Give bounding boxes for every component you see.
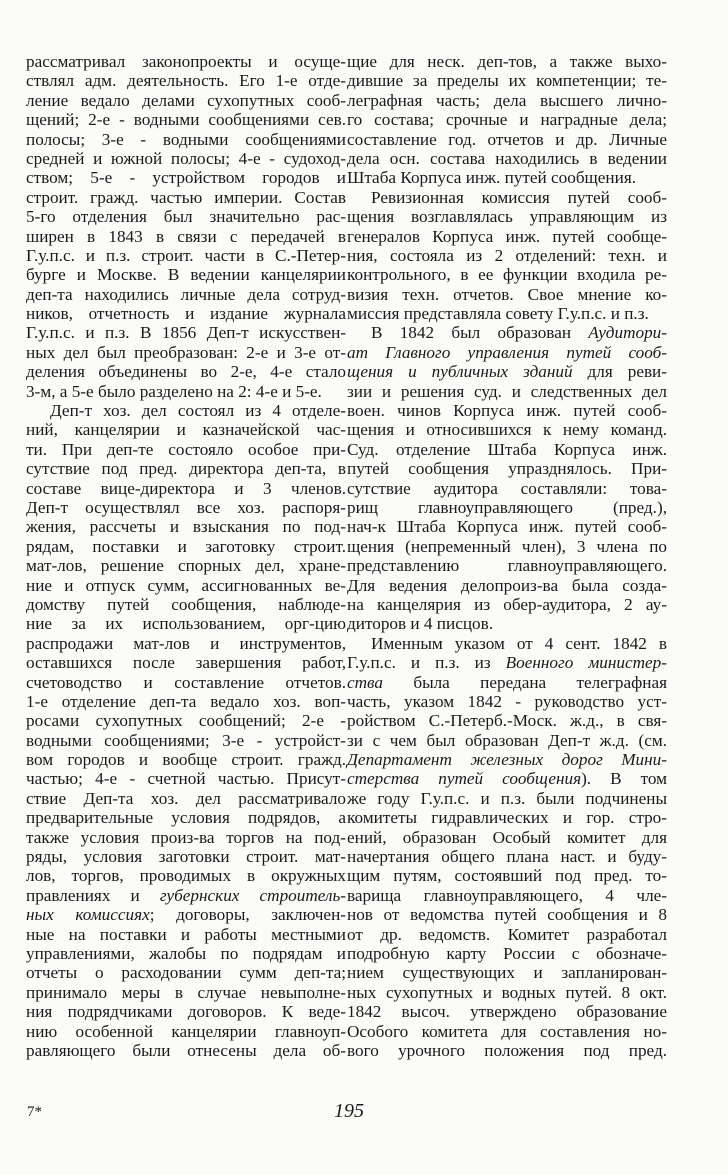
text-line: Департамент железных дорог Мини-	[347, 750, 667, 769]
text-line: щие для неск. деп-тов, а также выхо-	[347, 52, 667, 71]
text-line: ных сухопутных и водных путей. 8 окт.	[347, 983, 667, 1002]
italic-reference: ат Главного управления путей сооб-	[347, 343, 667, 362]
text-line: ных комиссиях; договоры, заключен-	[26, 905, 346, 924]
text-line: росами сухопутных сообщений; 2-е -	[26, 711, 346, 730]
text-line: ния подрядчиками договоров. К веде-	[26, 1002, 346, 1021]
text-line: счетоводство и составление отчетов.	[26, 673, 346, 692]
text-line: ных дел был преобразован: 2-е и 3-е от-	[26, 343, 346, 362]
text-line: средней и южной полосы; 4-е - судоход-	[26, 149, 346, 168]
text-line: домству путей сообщения, наблюде-	[26, 595, 346, 614]
text-line: водными сообщениями; 3-е - устройст-	[26, 731, 346, 750]
text-line: щим путям, состоявший под пред. то-	[347, 866, 667, 885]
text-line: управлениями, жалобы по подрядам и	[26, 944, 346, 963]
text-line: комитеты гидравлических и гор. стро-	[347, 808, 667, 827]
text-line: Г.у.п.с. и п.з. из Военного министер-	[347, 653, 667, 672]
text-line: оставшихся после завершения работ,	[26, 653, 346, 672]
text-line: щения и публичных зданий для реви-	[347, 362, 667, 381]
text-line: составе вице-директора и 3 членов.	[26, 479, 346, 498]
text-line: нием существующих и запланирован-	[347, 963, 667, 982]
signature-mark: 7*	[27, 1104, 42, 1121]
text-line: ствие Деп-та хоз. дел рассматривало	[26, 789, 346, 808]
text-line: полосы; 3-е - водными сообщениями	[26, 130, 346, 149]
text-line: 5-го отделения был значительно рас-	[26, 207, 346, 226]
text-line: на канцелярия из обер-аудитора, 2 ау-	[347, 595, 667, 614]
text-line: часть, указом 1842 - руководство уст-	[347, 692, 667, 711]
text-line: ширен в 1843 в связи с передачей в	[26, 227, 346, 246]
text-line: жения, рассчеты и взыскания по под-	[26, 517, 346, 536]
left-column: рассматривал законопроекты и осуще-ствля…	[26, 52, 346, 1060]
text-line: ников, отчетность и издание журнала	[26, 304, 346, 323]
text-line: щения (непременный член), 3 члена по	[347, 537, 667, 556]
text-line: Особого комитета для составления но-	[347, 1022, 667, 1041]
text-line: отчеты о расходовании сумм деп-та;	[26, 963, 346, 982]
text-line: распродажи мат-лов и инструментов,	[26, 634, 346, 653]
text-line: принимало меры в случае невыполне-	[26, 983, 346, 1002]
text-line: Для ведения делопроиз-ва была созда-	[347, 576, 667, 595]
text-line: ений, образован Особый комитет для	[347, 828, 667, 847]
text-line: деления объединены во 2-е, 4-е стало	[26, 362, 346, 381]
text-line: щения возглавлялась управляющим из	[347, 207, 667, 226]
right-column: щие для неск. деп-тов, а также выхо-дивш…	[347, 52, 667, 1060]
italic-reference: ства	[347, 673, 383, 692]
text-line: ствлял адм. деятельность. Его 1-е отде-	[26, 71, 346, 90]
text-line: контрольного, в ее функции входила ре-	[347, 265, 667, 284]
italic-reference: ных комиссиях	[26, 905, 150, 924]
text-line: ние за их использованием, орг-цию	[26, 614, 346, 633]
text-line: подробную карту России с обозначе-	[347, 944, 667, 963]
text-line: ройством С.-Петерб.-Моск. ж.д., в свя-	[347, 711, 667, 730]
text-line: представлению главноуправляющего.	[347, 556, 667, 575]
text-line: го состава; срочные и наградные дела;	[347, 110, 667, 129]
text-line: нию особенной канцелярии главноуп-	[26, 1022, 346, 1041]
text-line: Штаба Корпуса инж. путей сообщения.	[347, 168, 667, 187]
text-line: воен. чинов Корпуса инж. путей сооб-	[347, 401, 667, 420]
text-line: Деп-т осуществлял все хоз. распоря-	[26, 498, 346, 517]
text-line: бурге и Москве. В ведении канцелярии	[26, 265, 346, 284]
text-line: также условия произ-ва торгов на под-	[26, 828, 346, 847]
text-line: частью; 4-е - счетной частью. Присут-	[26, 769, 346, 788]
text-line: правлениях и губернских строитель-	[26, 886, 346, 905]
text-line: 1842 высоч. утверждено образование	[347, 1002, 667, 1021]
text-line: равляющего были отнесены дела об-	[26, 1041, 346, 1060]
text-line: ства была передана телеграфная	[347, 673, 667, 692]
text-line: мат-лов, решение спорных дел, хране-	[26, 556, 346, 575]
text-line: строит. гражд. частью империи. Состав	[26, 188, 346, 207]
text-line: стерства путей сообщения). В том	[347, 769, 667, 788]
text-line: сутствие аудитора составляли: това-	[347, 479, 667, 498]
italic-reference: щения и публичных зданий	[347, 362, 573, 381]
text-line: Деп-т хоз. дел состоял из 4 отделе-	[26, 401, 346, 420]
text-line: ти. При деп-те состояло особое при-	[26, 440, 346, 459]
text-line: щения и относившихся к нему команд.	[347, 420, 667, 439]
text-line: зи с чем был образован Деп-т ж.д. (см.	[347, 731, 667, 750]
text-line: начертания общего плана наст. и буду-	[347, 847, 667, 866]
text-line: рядам, поставки и заготовку строит.	[26, 537, 346, 556]
text-line: ний, канцелярии и казначейской час-	[26, 420, 346, 439]
text-line: нач-к Штаба Корпуса инж. путей сооб-	[347, 517, 667, 536]
text-line: генералов Корпуса инж. путей сообще-	[347, 227, 667, 246]
text-line: деп-та находились личные дела сотруд-	[26, 285, 346, 304]
text-line: сутствие под пред. директора деп-та, в	[26, 459, 346, 478]
text-line: дела осн. состава находились в ведении	[347, 149, 667, 168]
text-line: предварительные условия подрядов, а	[26, 808, 346, 827]
text-line: вом городов и вообще строит. гражд.	[26, 750, 346, 769]
text-line: лов, торгов, проводимых в окружных	[26, 866, 346, 885]
text-line: диторов и 4 писцов.	[347, 614, 667, 633]
text-line: 3-м, а 5-е было разделено на 2: 4-е и 5-…	[26, 382, 346, 401]
text-line: путей сообщения упразднялось. При-	[347, 459, 667, 478]
text-line: 1-е отделение деп-та ведало хоз. воп-	[26, 692, 346, 711]
text-line: же году Г.у.п.с. и п.з. были подчинены	[347, 789, 667, 808]
text-line: нов от ведомства путей сообщения и 8	[347, 905, 667, 924]
text-line: В 1842 был образован Аудитори-	[347, 323, 667, 342]
text-line: ряды, условия заготовки строит. мат-	[26, 847, 346, 866]
italic-reference: Аудитори-	[588, 323, 667, 342]
page-number: 195	[334, 1100, 364, 1123]
text-line: ние и отпуск сумм, ассигнованных ве-	[26, 576, 346, 595]
text-line: леграфная часть; дела высшего лично-	[347, 91, 667, 110]
text-line: Г.у.п.с. и п.з. В 1856 Деп-т искусствен-	[26, 323, 346, 342]
text-line: визия техн. отчетов. Свое мнение ко-	[347, 285, 667, 304]
text-line: вого урочного положения под пред.	[347, 1041, 667, 1060]
text-line: ные на поставки и работы местными	[26, 925, 346, 944]
text-line: ством; 5-е - устройством городов и	[26, 168, 346, 187]
text-line: ния, состояла из 2 отделений: техн. и	[347, 246, 667, 265]
text-line: составление год. отчетов и др. Личные	[347, 130, 667, 149]
italic-reference: стерства путей сообщения	[347, 769, 581, 788]
text-line: рищ главноуправляющего (пред.),	[347, 498, 667, 517]
text-line: зии и решения суд. и следственных дел	[347, 382, 667, 401]
text-line: Г.у.п.с. и п.з. строит. части в С.-Петер…	[26, 246, 346, 265]
text-line: от др. ведомств. Комитет разработал	[347, 925, 667, 944]
text-line: ат Главного управления путей сооб-	[347, 343, 667, 362]
italic-reference: Военного министер-	[506, 653, 667, 672]
text-line: дившие за пределы их компетенции; те-	[347, 71, 667, 90]
italic-reference: губернских строитель-	[160, 886, 346, 905]
text-line: Именным указом от 4 сент. 1842 в	[347, 634, 667, 653]
text-line: рассматривал законопроекты и осуще-	[26, 52, 346, 71]
text-line: щений; 2-е - водными сообщениями сев.	[26, 110, 346, 129]
text-line: Суд. отделение Штаба Корпуса инж.	[347, 440, 667, 459]
text-line: Ревизионная комиссия путей сооб-	[347, 188, 667, 207]
text-line: ление ведало делами сухопутных сооб-	[26, 91, 346, 110]
text-line: варища главноуправляющего, 4 чле-	[347, 886, 667, 905]
italic-reference: Департамент железных дорог Мини-	[347, 750, 667, 769]
text-line: миссия представляла совету Г.у.п.с. и п.…	[347, 304, 667, 323]
